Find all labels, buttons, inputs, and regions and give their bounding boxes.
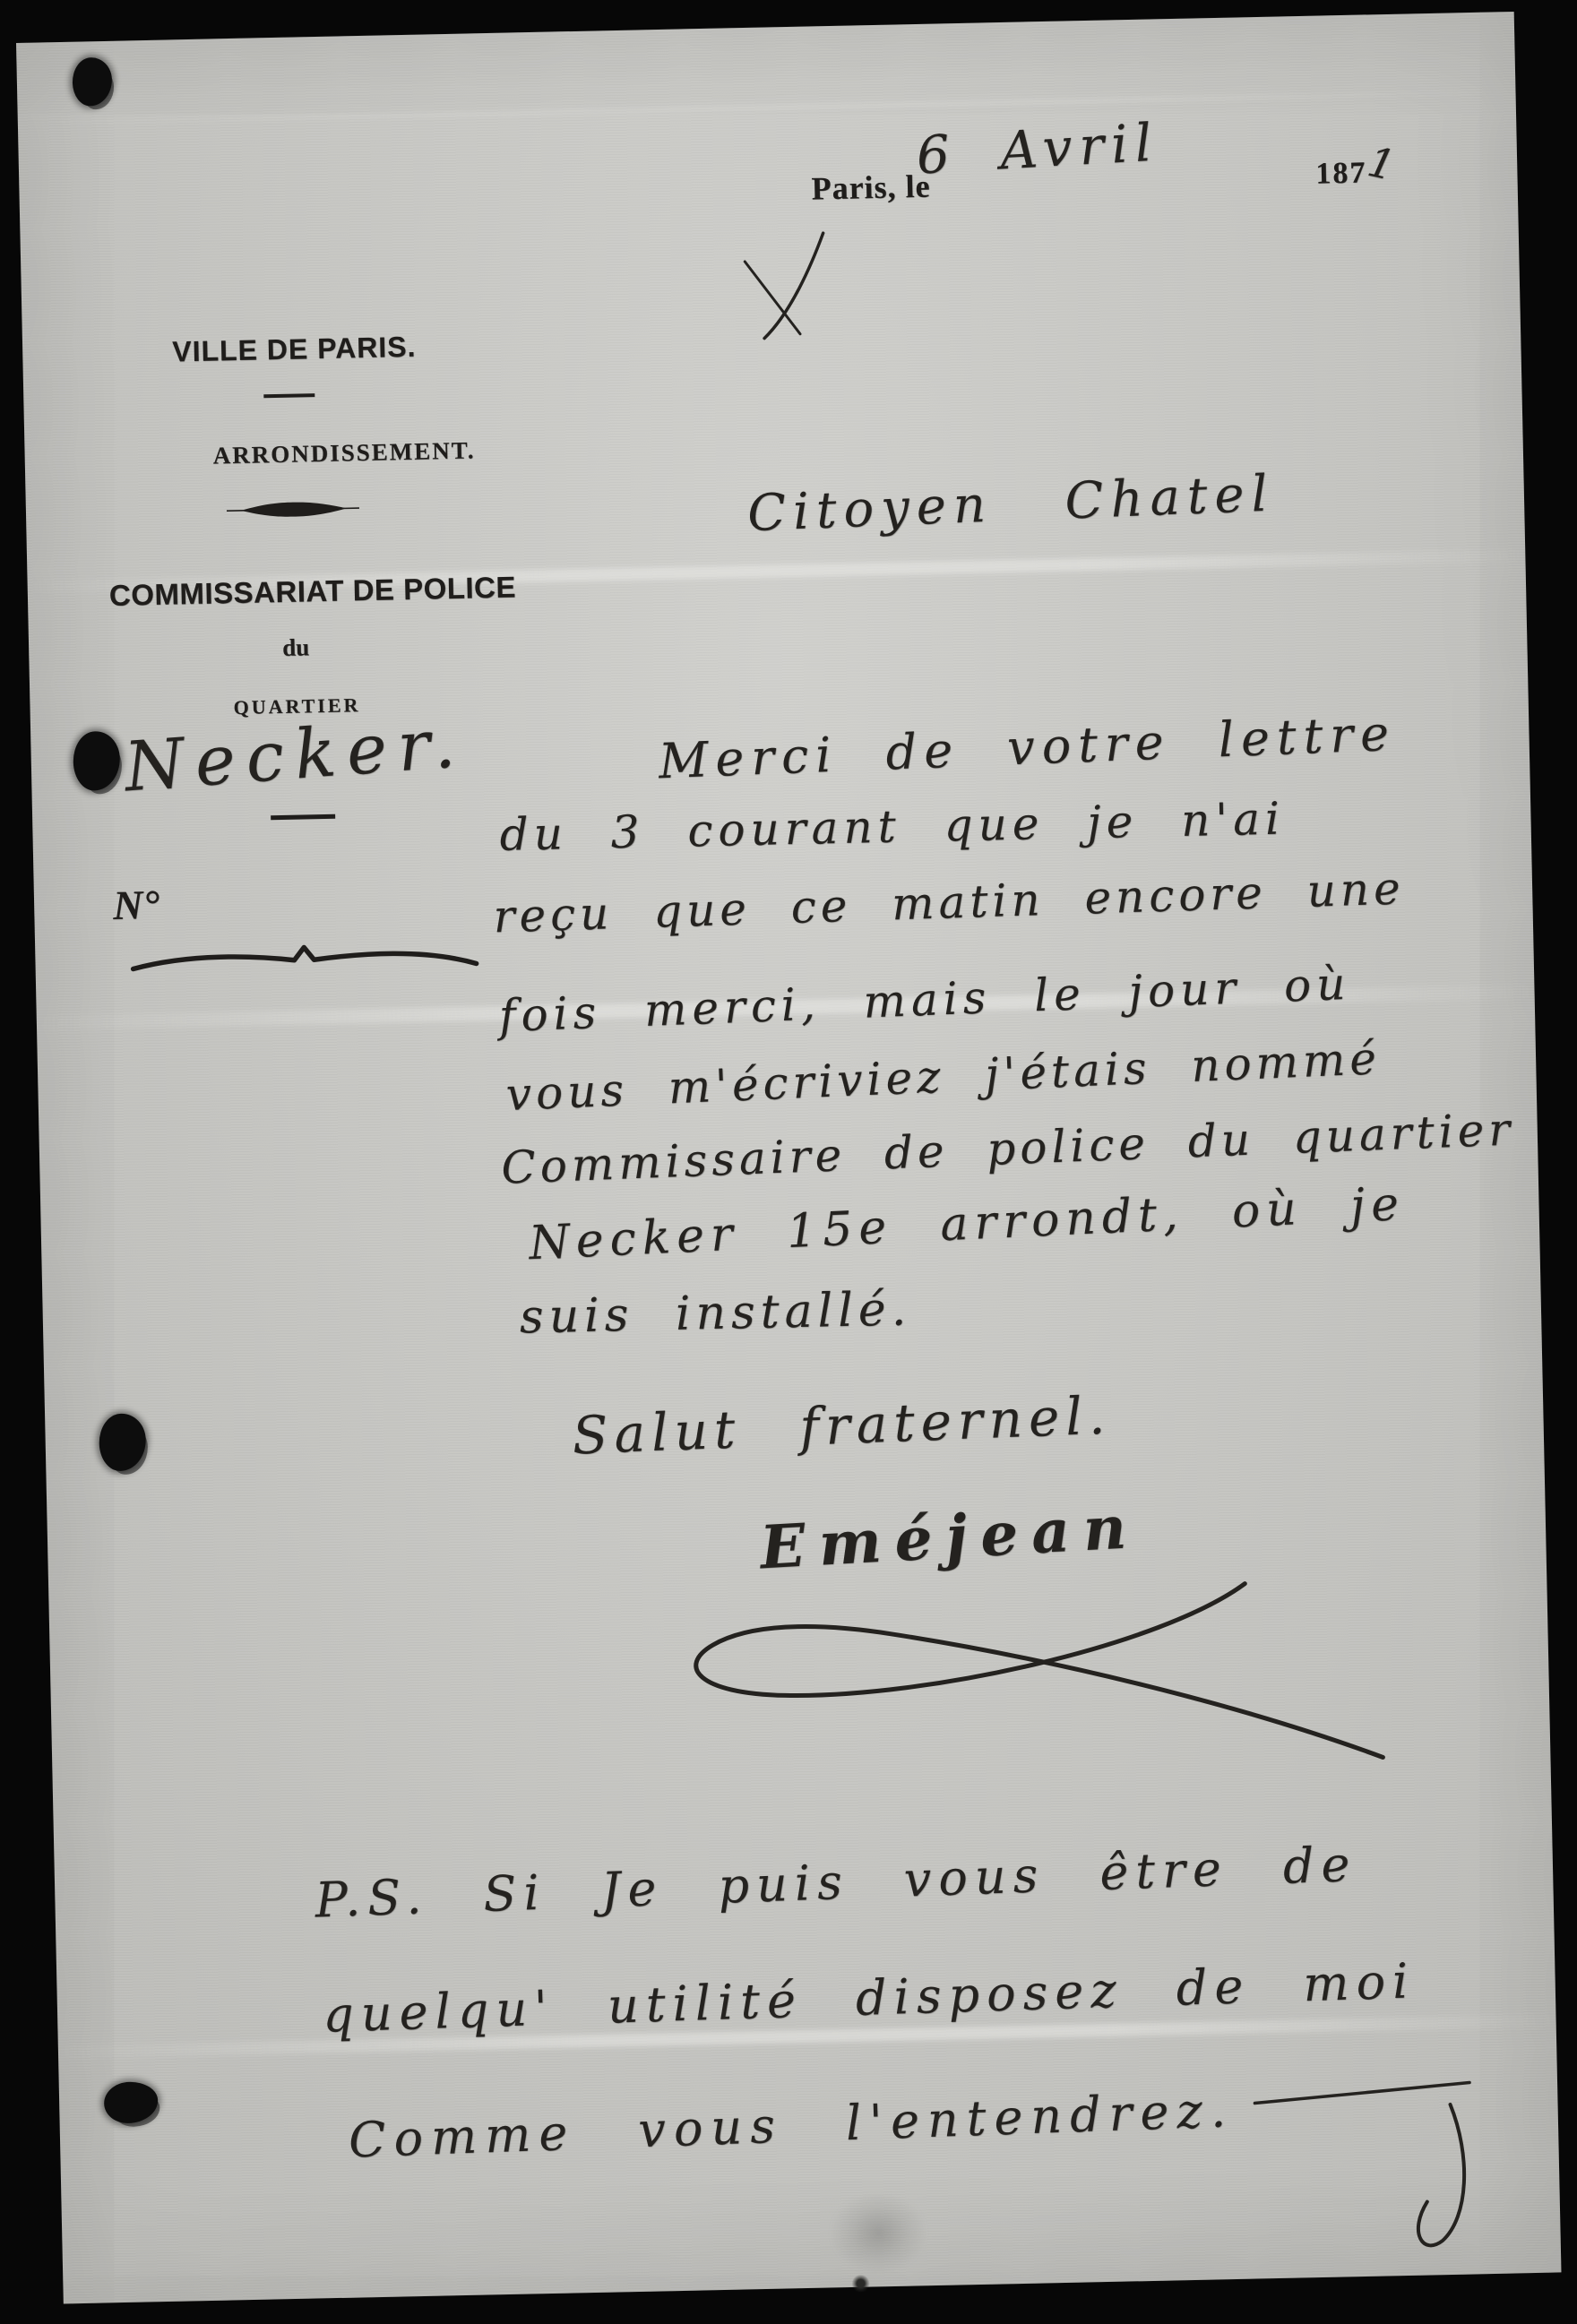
signature: Eméjean (758, 1492, 1141, 1583)
body-line: du 3 courant que je n'ai (499, 793, 1285, 861)
ornament-swelled-rule (225, 498, 361, 521)
body-line: Merci de votre lettre (658, 705, 1397, 790)
body-line: reçu que ce matin encore une (493, 862, 1406, 943)
salutation: Citoyen Chatel (746, 465, 1276, 544)
body-line: fois merci, mais le jour où (498, 958, 1352, 1042)
letterhead-city: VILLE DE PARIS. (172, 331, 417, 369)
scanned-letter-page: Paris, le 6 Avril 187 1 VILLE DE PARIS. … (16, 12, 1561, 2303)
postscript-flourish (1245, 2073, 1492, 2276)
closing: Salut fraternel. (571, 1385, 1112, 1467)
hole-punch (72, 57, 112, 107)
hole-punch (104, 2081, 159, 2123)
letterhead-arrondissement: ARRONDISSEMENT. (212, 436, 475, 469)
postscript-line: Comme vous l'entendrez. (348, 2081, 1235, 2168)
hole-punch (99, 1413, 146, 1471)
numero-brace (127, 934, 482, 979)
numero-label: N° (113, 881, 160, 929)
quartier-underline (271, 814, 335, 821)
letterhead-du: du (282, 633, 310, 662)
dateline-printed-year: 187 (1315, 156, 1367, 191)
pen-stroke-mark (737, 228, 839, 346)
signature-flourish (658, 1573, 1397, 1795)
body-line: Necker 15e arrondt, où je (528, 1177, 1406, 1270)
quartier-name-handwritten: Necker. (122, 702, 469, 807)
ink-smudge (828, 2191, 928, 2275)
dateline-printed-prefix: Paris, le (811, 168, 931, 208)
letterhead-commissariat: COMMISSARIAT DE POLICE (109, 570, 517, 613)
body-line: vous m'écriviez j'étais nommé (505, 1032, 1382, 1121)
hole-punch (73, 731, 120, 791)
date-handwritten: 6 Avril (915, 112, 1160, 186)
postscript-line: P.S. Si Je puis vous être de (314, 1836, 1357, 1929)
ink-dot (851, 2275, 869, 2293)
body-line: suis installé. (519, 1282, 911, 1344)
divider-rule (263, 393, 315, 398)
light-band (18, 90, 1516, 125)
year-digit-handwritten: 1 (1364, 137, 1404, 191)
